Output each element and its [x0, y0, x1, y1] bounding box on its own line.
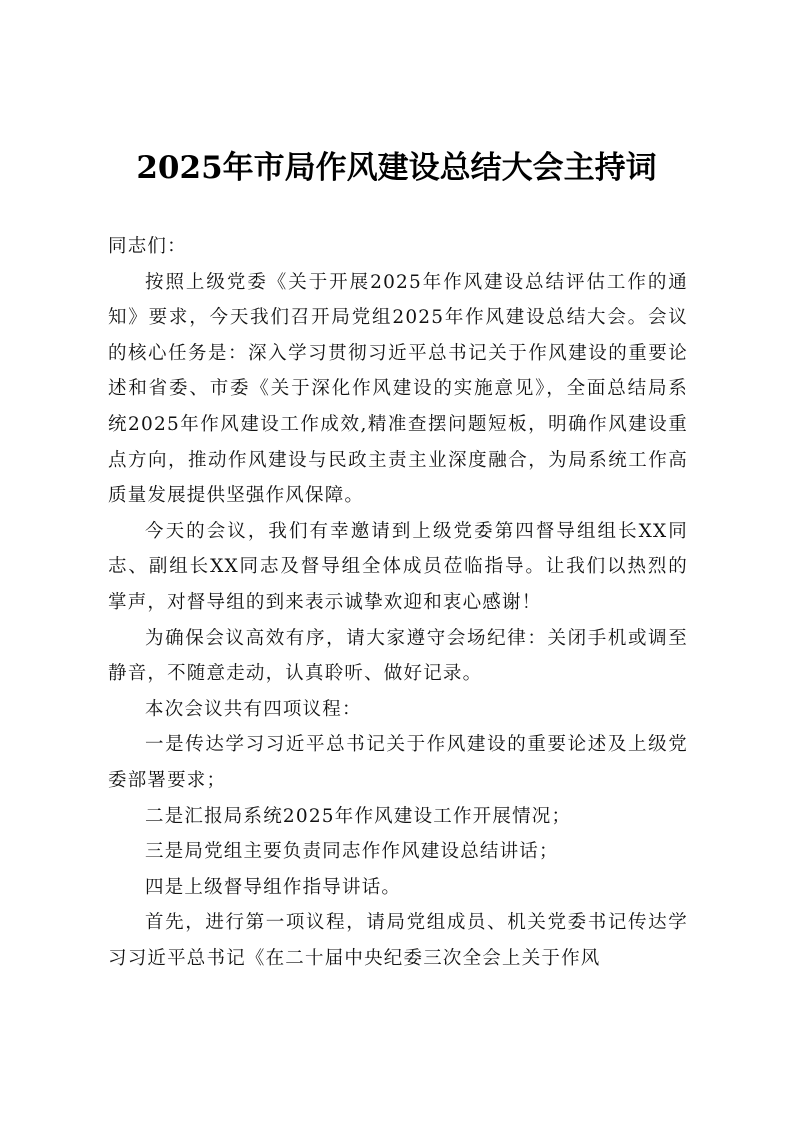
agenda-item-2: 二是汇报局系统2025年作风建设工作开展情况；: [108, 799, 688, 835]
paragraph-first-agenda: 首先，进行第一项议程，请局党组成员、机关党委书记传达学习习近平总书记《在二十届中…: [108, 905, 688, 976]
agenda-item-3: 三是局党组主要负责同志作作风建设总结讲话；: [108, 834, 688, 870]
salutation: 同志们：: [108, 229, 688, 265]
paragraph-agenda-intro: 本次会议共有四项议程：: [108, 692, 688, 728]
agenda-item-1: 一是传达学习习近平总书记关于作风建设的重要论述及上级党委部署要求；: [108, 727, 688, 798]
paragraph-intro: 按照上级党委《关于开展2025年作风建设总结评估工作的通知》要求，今天我们召开局…: [108, 265, 688, 514]
agenda-item-4: 四是上级督导组作指导讲话。: [108, 870, 688, 906]
document-title: 2025年市局作风建设总结大会主持词: [0, 146, 793, 190]
document-page: 2025年市局作风建设总结大会主持词 同志们： 按照上级党委《关于开展2025年…: [0, 0, 793, 1122]
document-body: 同志们： 按照上级党委《关于开展2025年作风建设总结评估工作的通知》要求，今天…: [108, 229, 688, 976]
paragraph-welcome: 今天的会议，我们有幸邀请到上级党委第四督导组组长XX同志、副组长XX同志及督导组…: [108, 514, 688, 621]
paragraph-discipline: 为确保会议高效有序，请大家遵守会场纪律：关闭手机或调至静音，不随意走动，认真聆听…: [108, 621, 688, 692]
